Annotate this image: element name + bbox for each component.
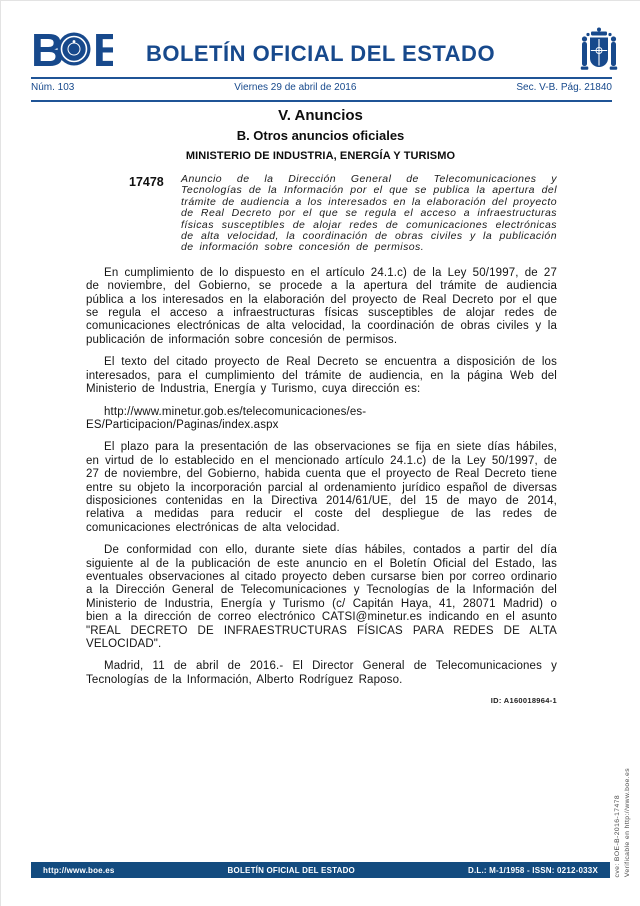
signature-paragraph: Madrid, 11 de abril de 2016.- El Directo… <box>86 660 557 687</box>
verification-sidebar: cve: BOE-B-2016-17478 Verificable en htt… <box>614 768 631 877</box>
announcement-header: 17478 Anuncio de la Dirección General de… <box>129 174 557 254</box>
section-subtitle: B. Otros anuncios oficiales <box>1 128 640 143</box>
cve-vertical-text: cve: BOE-B-2016-17478 <box>614 795 621 877</box>
footer-title: BOLETÍN OFICIAL DEL ESTADO <box>228 866 355 875</box>
spain-coat-of-arms-icon <box>580 26 618 78</box>
consultation-url: http://www.minetur.gob.es/telecomunicaci… <box>86 406 557 433</box>
body-paragraph: El texto del citado proyecto de Real Dec… <box>86 356 557 396</box>
section-title: V. Anuncios <box>1 107 640 124</box>
announcement-body: 17478 Anuncio de la Dirección General de… <box>86 174 557 705</box>
body-paragraph: De conformidad con ello, durante siete d… <box>86 544 557 651</box>
ministry-heading: MINISTERIO DE INDUSTRIA, ENERGÍA Y TURIS… <box>1 150 640 162</box>
footer-url: http://www.boe.es <box>43 866 115 875</box>
boe-document-page: B E BOLETÍN OFICIAL DEL ESTADO <box>0 0 640 906</box>
masthead-title: BOLETÍN OFICIAL DEL ESTADO <box>1 41 640 67</box>
footer-bar: http://www.boe.es BOLETÍN OFICIAL DEL ES… <box>31 862 610 878</box>
issue-date: Viernes 29 de abril de 2016 <box>234 82 356 93</box>
issue-number: Núm. 103 <box>31 82 74 93</box>
body-paragraph: El plazo para la presentación de las obs… <box>86 441 557 535</box>
header-meta-row: Núm. 103 Viernes 29 de abril de 2016 Sec… <box>31 82 612 93</box>
section-page-ref: Sec. V-B. Pág. 21840 <box>516 82 612 93</box>
announcement-summary: Anuncio de la Dirección General de Telec… <box>181 174 557 254</box>
body-paragraph: En cumplimiento de lo dispuesto en el ar… <box>86 267 557 347</box>
doc-id: ID: A160018964-1 <box>86 696 557 705</box>
header-rule-bottom <box>31 100 612 102</box>
header-rule-top <box>31 77 612 79</box>
verifiable-vertical-text: Verificable en http://www.boe.es <box>624 768 631 877</box>
footer-legal: D.L.: M-1/1958 - ISSN: 0212-033X <box>468 866 598 875</box>
announcement-number: 17478 <box>129 174 181 254</box>
